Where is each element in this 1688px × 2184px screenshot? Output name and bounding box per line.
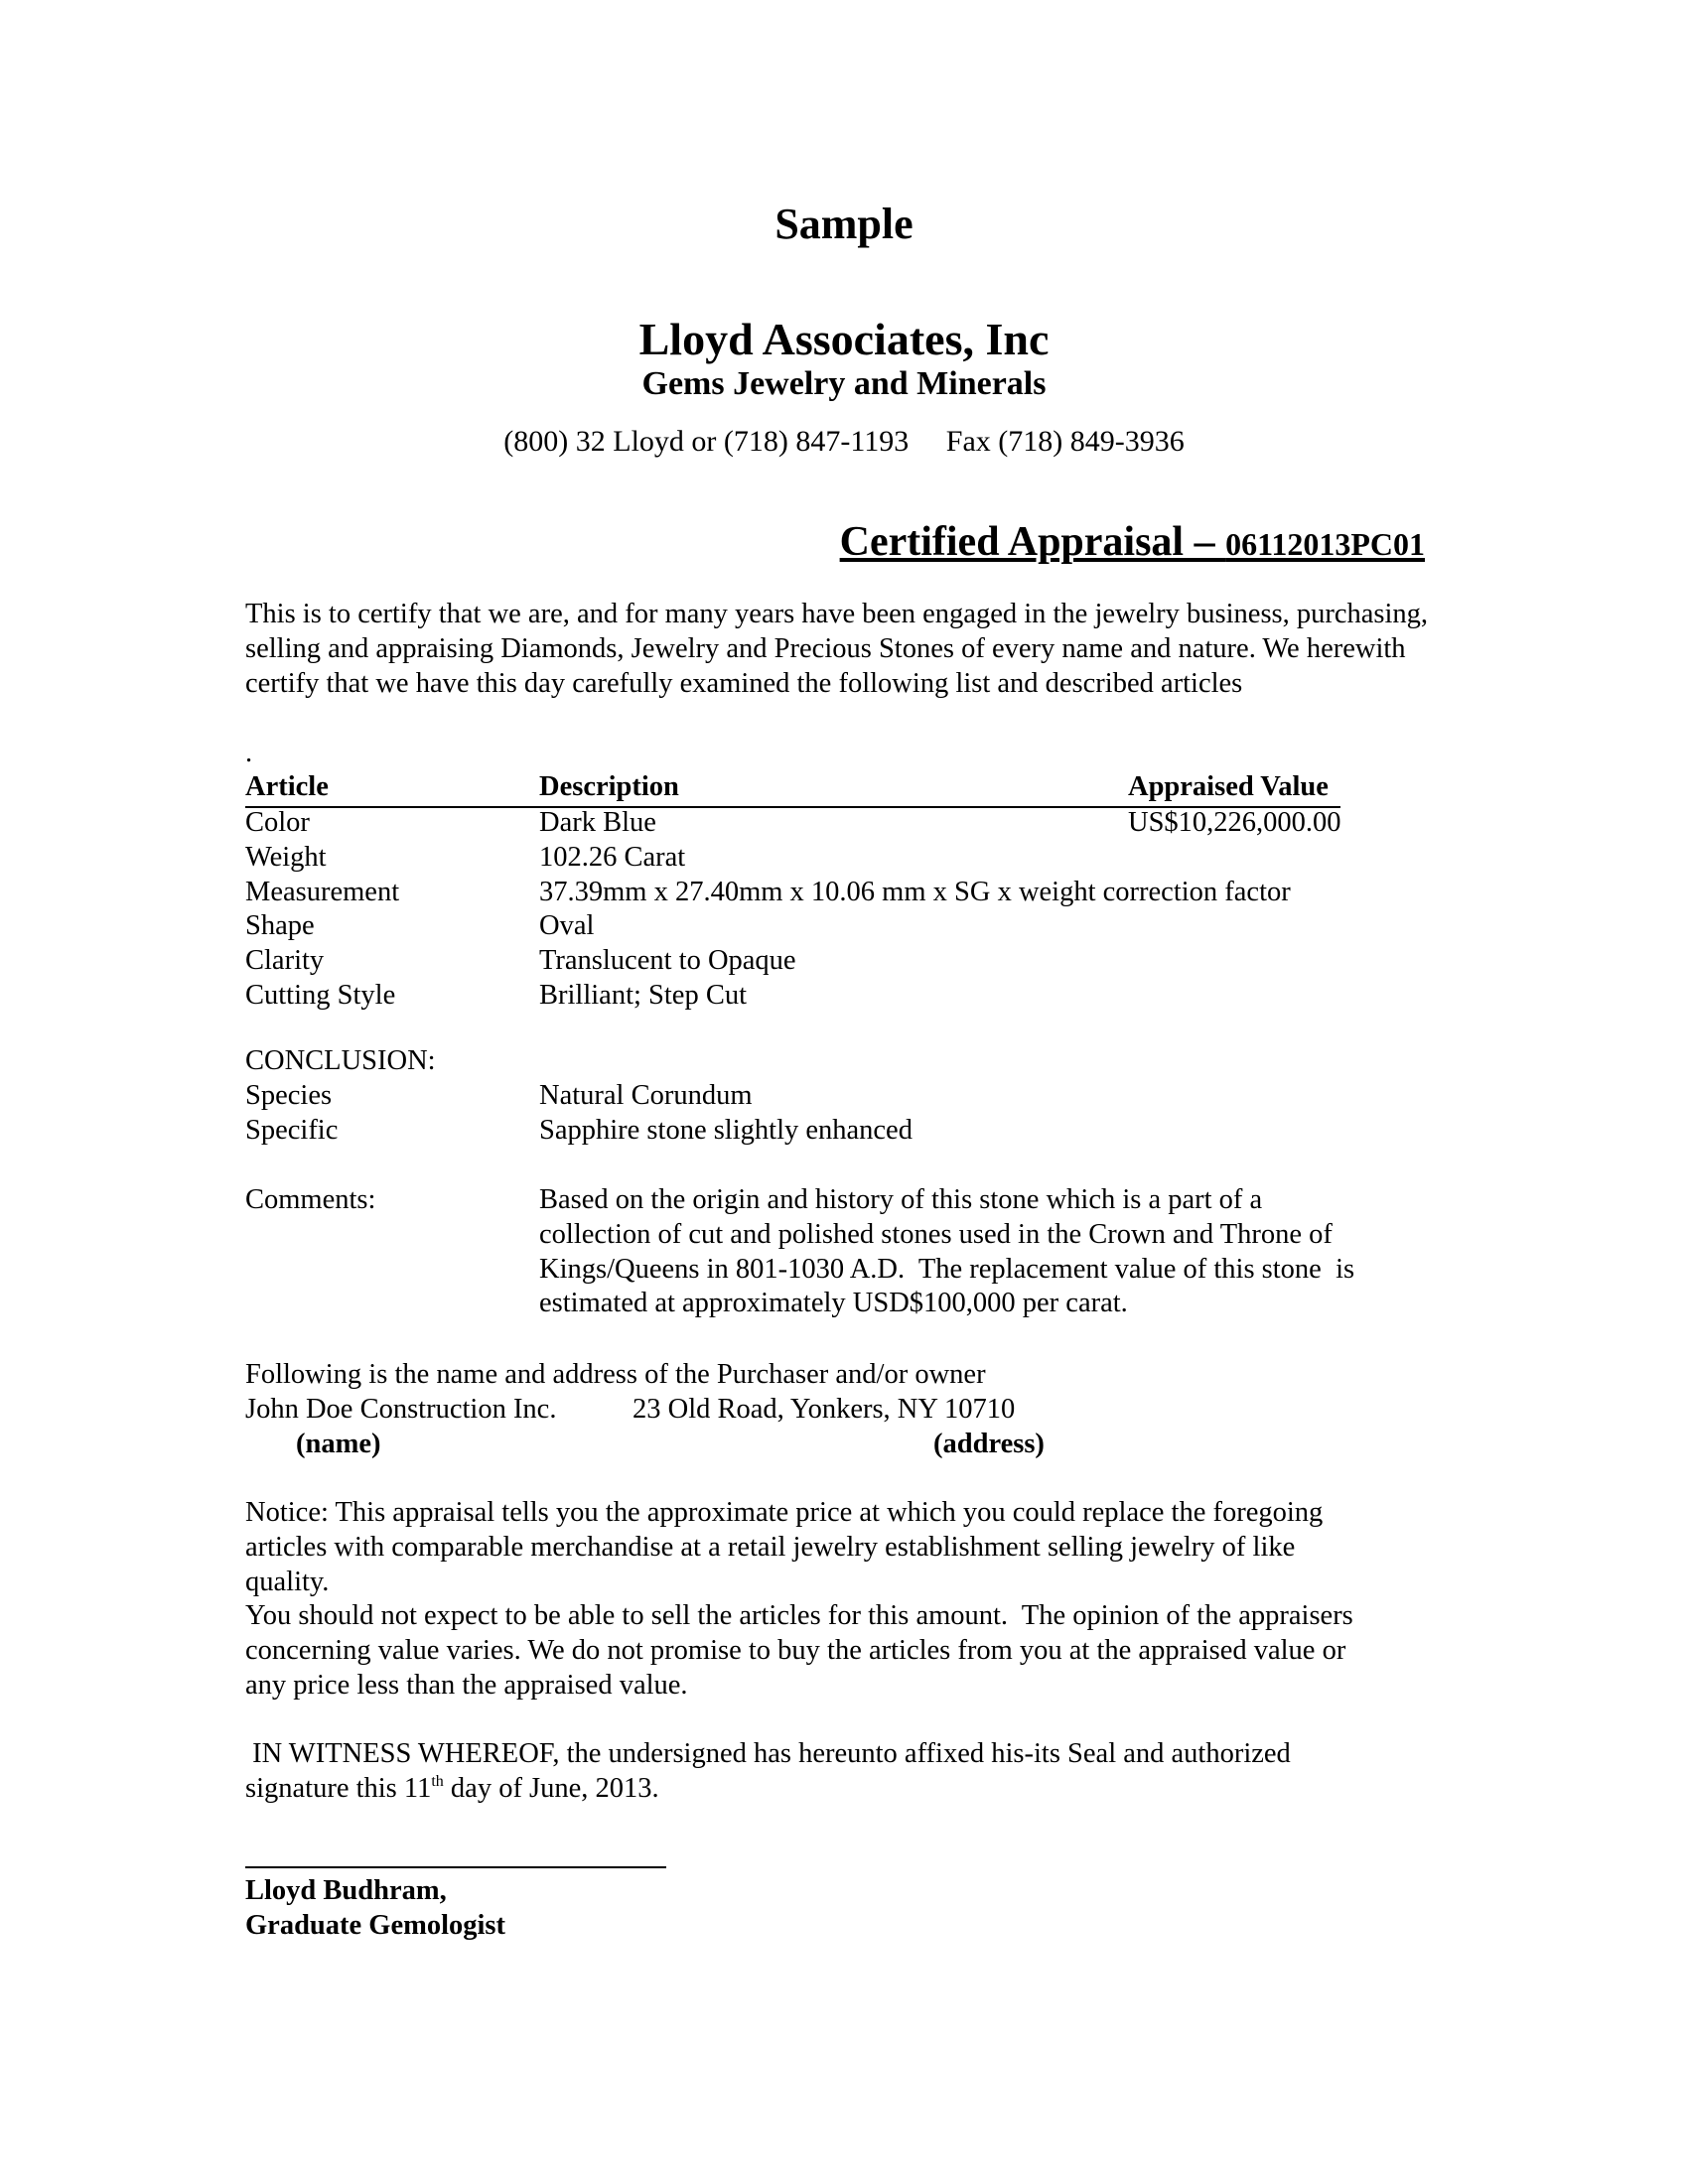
notice-line: quality. [245, 1566, 1467, 1600]
signature-line [245, 1866, 666, 1868]
article-cell: Weight [245, 841, 327, 876]
address-caption: (address) [933, 1428, 1045, 1462]
article-cell: Clarity [245, 944, 324, 979]
conclusion-heading: CONCLUSION: [245, 1044, 436, 1079]
article-cell: Cutting Style [245, 979, 395, 1014]
company-contact: (800) 32 Lloyd or (718) 847-1193 Fax (71… [0, 425, 1688, 459]
certificate-title-text: Certified Appraisal – [840, 519, 1225, 565]
description-cell: Dark Blue [539, 806, 656, 841]
notice-line: articles with comparable merchandise at … [245, 1531, 1467, 1566]
purchaser-name: John Doe Construction Inc. [245, 1393, 556, 1428]
header-article: Article [245, 770, 329, 804]
comments-text: Based on the origin and history of this … [539, 1183, 1423, 1321]
comments-label: Comments: [245, 1183, 375, 1218]
description-cell: Brilliant; Step Cut [539, 979, 747, 1014]
certificate-title: Certified Appraisal – 06112013PC01 [840, 518, 1425, 566]
conclusion-label: Specific [245, 1114, 338, 1149]
purchaser-address: 23 Old Road, Yonkers, NY 10710 [633, 1393, 1015, 1428]
notice-line: You should not expect to be able to sell… [245, 1599, 1467, 1634]
notice-line: concerning value varies. We do not promi… [245, 1634, 1467, 1669]
witness-date-suffix: day of June, 2013. [444, 1773, 659, 1804]
conclusion-value: Natural Corundum [539, 1079, 753, 1114]
signatory-name: Lloyd Budhram, [245, 1874, 447, 1909]
notice-line: Notice: This appraisal tells you the app… [245, 1496, 1467, 1531]
conclusion-label: Species [245, 1079, 332, 1114]
description-cell: Oval [539, 909, 594, 944]
description-cell: Translucent to Opaque [539, 944, 796, 979]
name-caption: (name) [296, 1428, 380, 1462]
certificate-number: 06112013PC01 [1225, 526, 1425, 562]
comments-line: collection of cut and polished stones us… [539, 1218, 1423, 1253]
purchaser-intro: Following is the name and address of the… [245, 1358, 986, 1393]
notice-line: any price less than the appraised value. [245, 1669, 1467, 1704]
description-cell: 37.39mm x 27.40mm x 10.06 mm x SG x weig… [539, 876, 1291, 910]
comments-line: Kings/Queens in 801-1030 A.D. The replac… [539, 1253, 1423, 1288]
witness-line-2: signature this 11th day of June, 2013. [245, 1772, 1467, 1807]
witness-date-prefix: signature this 11 [245, 1773, 431, 1804]
witness-paragraph: IN WITNESS WHEREOF, the undersigned has … [245, 1737, 1467, 1807]
intro-paragraph: This is to certify that we are, and for … [245, 598, 1457, 701]
ordinal-suffix: th [431, 1773, 443, 1790]
notice-paragraph: Notice: This appraisal tells you the app… [245, 1496, 1467, 1704]
header-appraised-value: Appraised Value [1128, 770, 1329, 804]
article-cell: Shape [245, 909, 315, 944]
signatory-title: Graduate Gemologist [245, 1909, 505, 1944]
comments-line: Based on the origin and history of this … [539, 1183, 1423, 1218]
conclusion-value: Sapphire stone slightly enhanced [539, 1114, 913, 1149]
appraised-value-cell: US$10,226,000.00 [1128, 806, 1341, 841]
article-cell: Measurement [245, 876, 399, 910]
table-header-row: Article Description Appraised Value [245, 770, 1340, 808]
intro-dot: . [245, 737, 252, 771]
witness-line-1: IN WITNESS WHEREOF, the undersigned has … [245, 1737, 1467, 1772]
company-tagline: Gems Jewelry and Minerals [0, 365, 1688, 403]
header-description: Description [539, 770, 679, 804]
comments-line: estimated at approximately USD$100,000 p… [539, 1287, 1423, 1321]
description-cell: 102.26 Carat [539, 841, 685, 876]
company-name: Lloyd Associates, Inc [0, 313, 1688, 365]
document-watermark-title: Sample [0, 199, 1688, 249]
article-cell: Color [245, 806, 310, 841]
